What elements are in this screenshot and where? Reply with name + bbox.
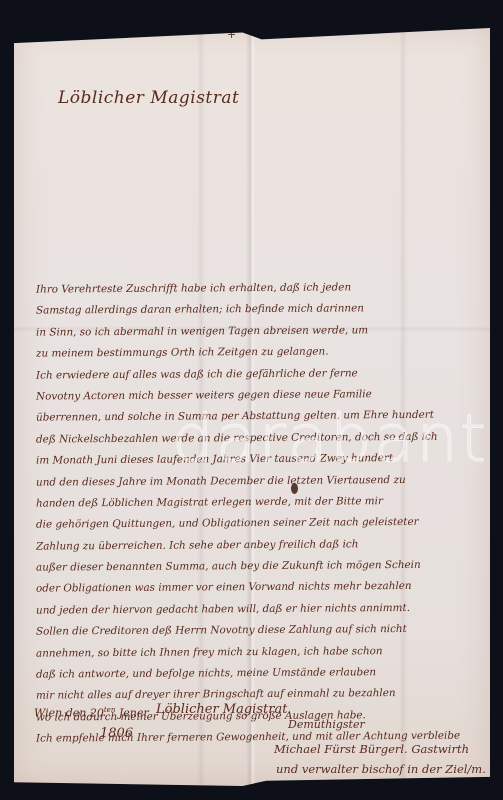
body-line: und den dieses Jahre im Monath December … [36, 469, 486, 494]
signature-line: Michael Fürst Bürgerl. Gastwirth [274, 742, 469, 756]
body-line: Sollen die Creditoren deß Herrn Novotny … [36, 619, 486, 644]
page-mark: + [227, 28, 236, 41]
salutation: Löblicher Magistrat [58, 88, 239, 108]
date-year: 1806 [100, 726, 133, 741]
date-day-suffix: ten [104, 706, 115, 714]
body-line: die gehörigen Quittungen, und Obligation… [36, 512, 486, 537]
closing-address: Löblicher Magistrat [156, 702, 287, 717]
body-line: Ich erwiedere auf alles was daß ich die … [36, 362, 486, 387]
body-line: im Monath Juni dieses laufenden Jahres V… [36, 448, 486, 473]
date-place-day: Wien den 20 [34, 707, 104, 720]
signature-line: und verwalter bischof in der Ziel/m. [276, 762, 486, 776]
body-line: überrennen, und solche in Summa per Abst… [36, 405, 486, 430]
body-line: Samstag allerdings daran erhalten; ich b… [36, 298, 486, 323]
date-line: Wien den 20ten Jener [34, 706, 149, 720]
body-line: zu meinem bestimmungs Orth ich Zeitgen z… [36, 341, 486, 366]
ink-blot [291, 483, 298, 494]
document-paper: + Löblicher Magistrat Ihro Verehrteste Z… [14, 28, 490, 786]
date-month: Jener [119, 707, 149, 720]
closing-humble: Demüthigster [288, 718, 365, 731]
body-line: oder Obligationen was immer vor einen Vo… [36, 576, 486, 601]
letter-body: Ihro Verehrteste Zuschrifft habe ich erh… [36, 278, 486, 749]
